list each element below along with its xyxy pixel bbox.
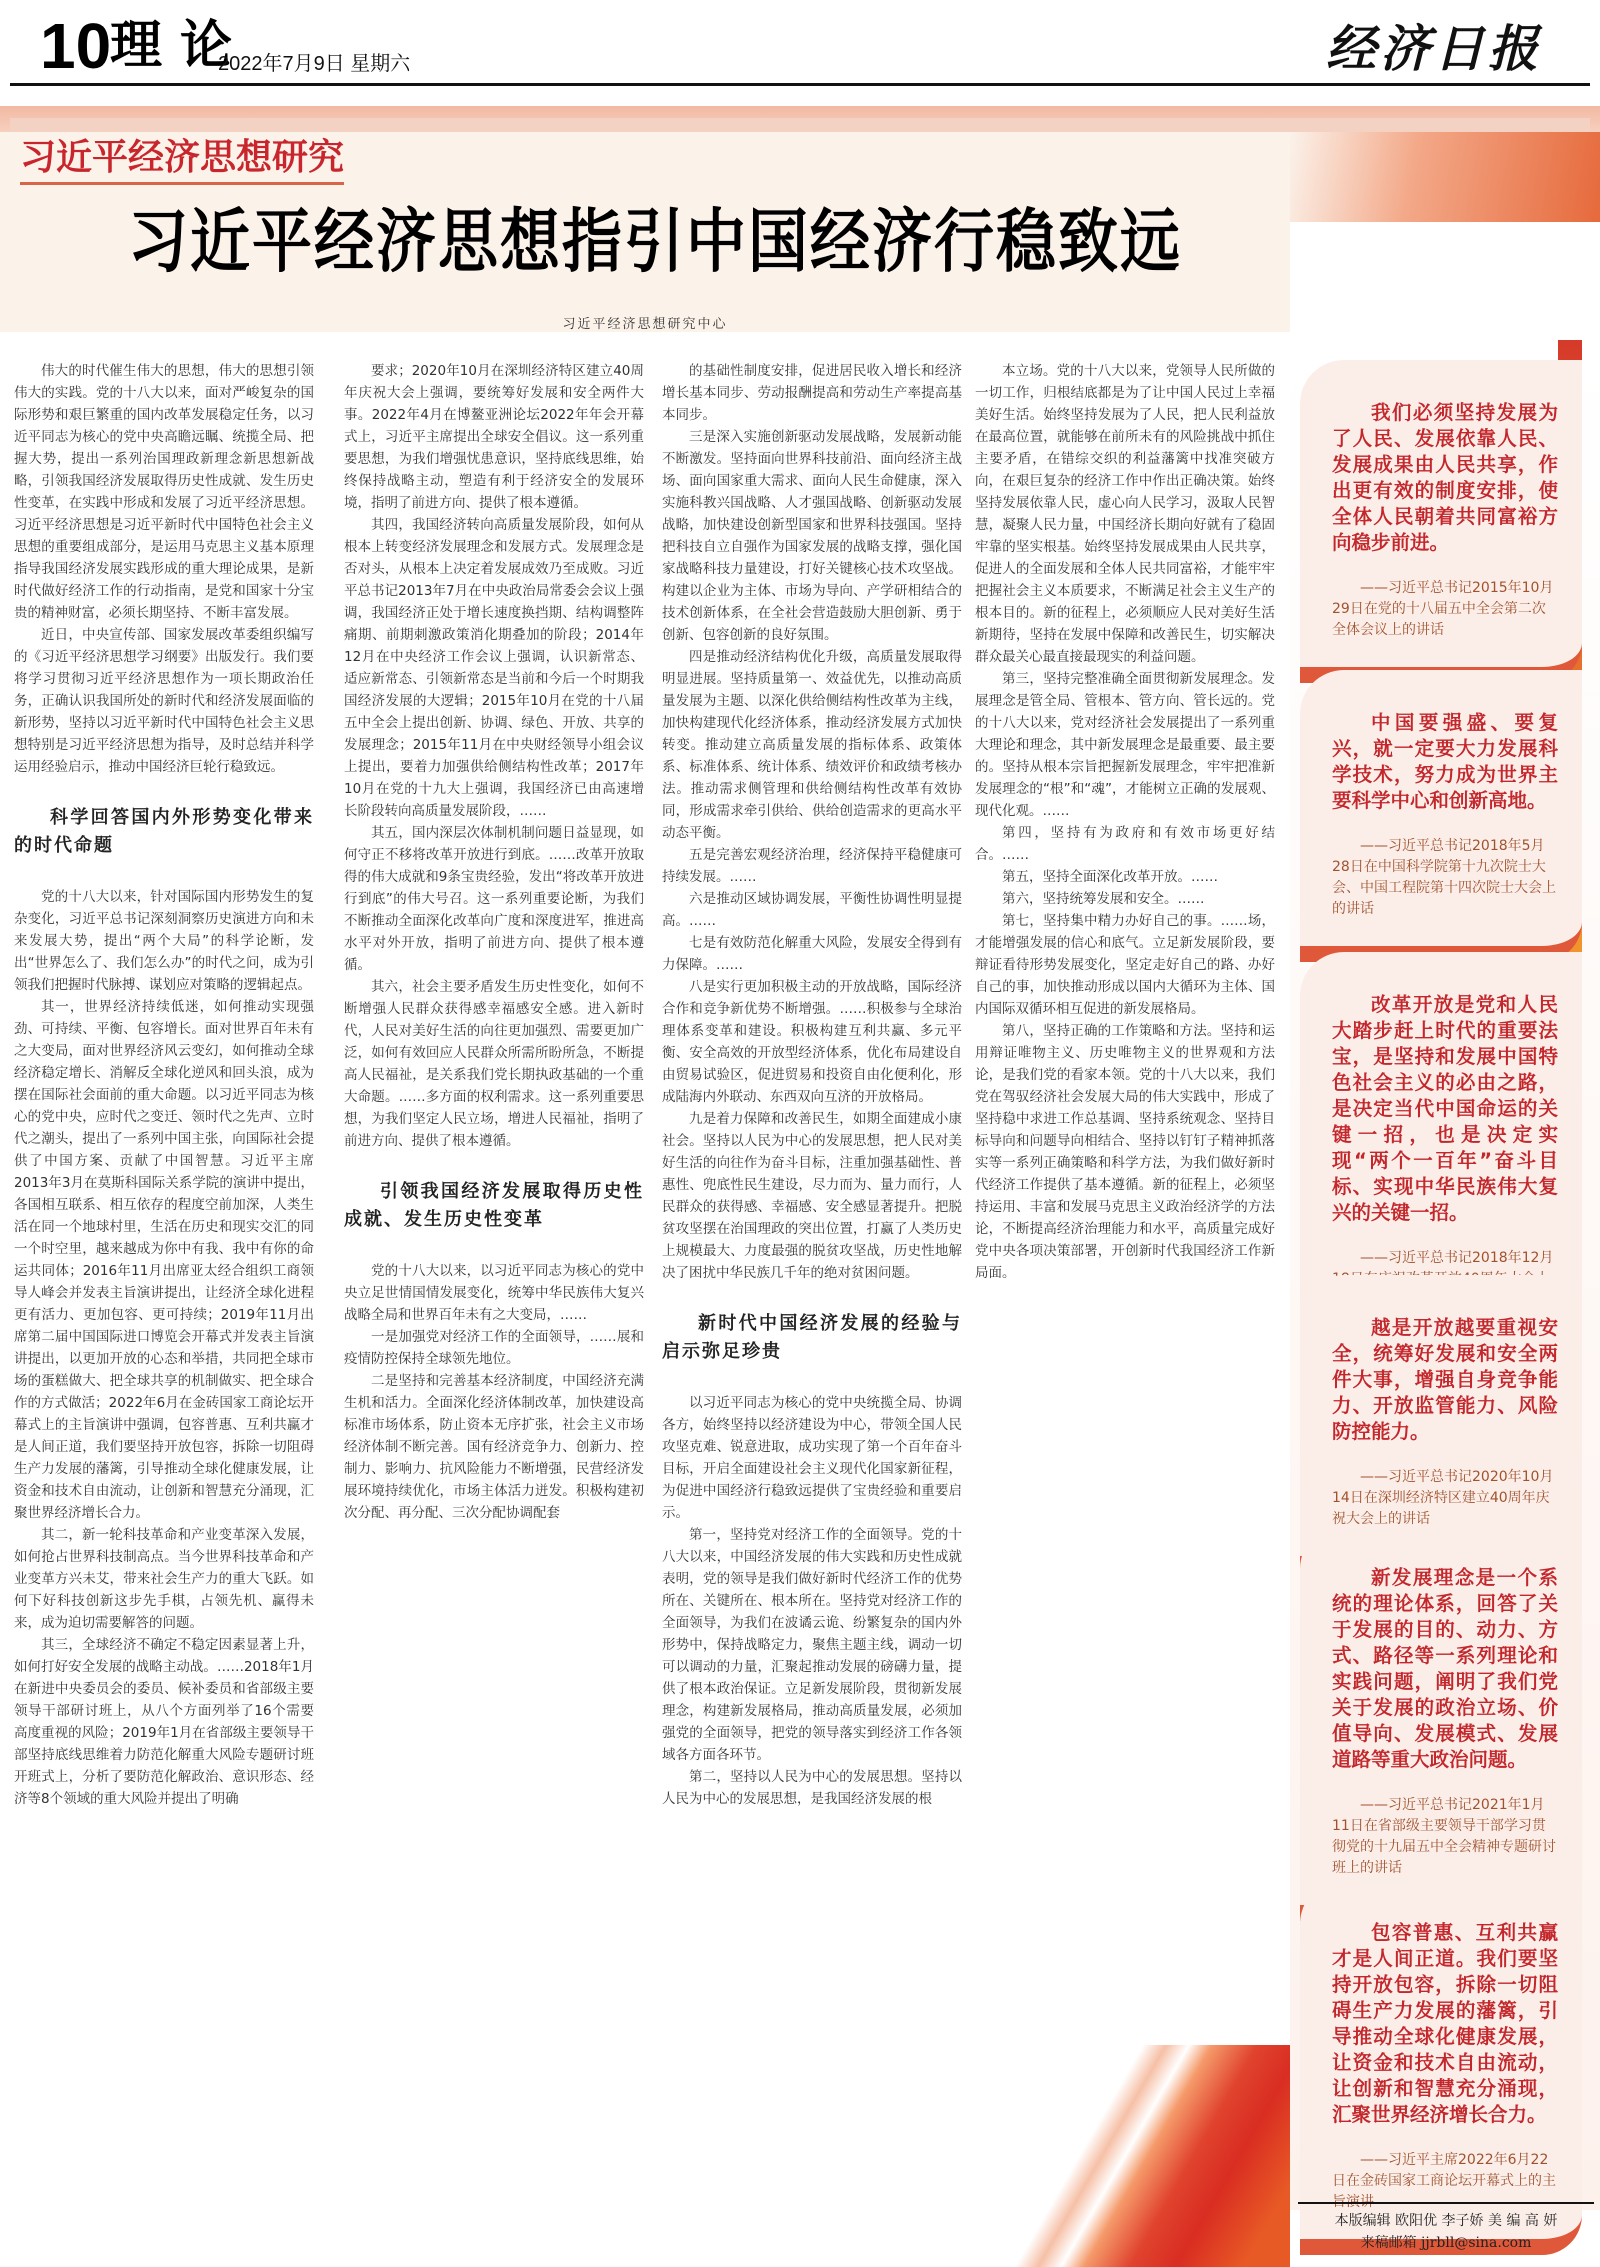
paragraph: 九是着力保障和改善民生，如期全面建成小康社会。坚持以人民为中心的发展思想，把人民… [662,1108,962,1284]
paragraph: 八是实行更加积极主动的开放战略，国际经济合作和竞争新优势不断增强。……积极参与全… [662,976,962,1108]
section-heading: 引领我国经济发展取得历史性成就、发生历史性变革 [344,1178,644,1234]
editors-line: 本版编辑 欧阳优 李子娇 美 编 高 妍 [1298,2210,1594,2232]
paragraph: 其三，全球经济不确定不稳定因素显著上升，如何打好安全发展的战略主动战。……201… [14,1634,314,1810]
paragraph: 伟大的时代催生伟大的思想，伟大的思想引领伟大的实践。党的十八大以来，面对严峻复杂… [14,360,314,624]
paragraph: 二是坚持和完善基本经济制度，中国经济充满生机和活力。全面深化经济体制改革，加快建… [344,1370,644,1524]
paragraph: 要求；2020年10月在深圳经济特区建立40周年庆祝大会上强调，要统筹好发展和安… [344,360,644,514]
quote-text: 越是开放越要重视安全，统筹好发展和安全两件大事，增强自身竞争能力、开放监管能力、… [1332,1315,1558,1445]
quote-card: 我们必须坚持发展为了人民、发展依靠人民、发展成果由人民共享，作出更有效的制度安排… [1300,360,1582,683]
quote-card: 中国要强盛、要复兴，就一定要大力发展科学技术，努力成为世界主要科学中心和创新高地… [1300,670,1582,962]
paragraph: 一是加强党对经济工作的全面领导，……展和疫情防控保持全球领先地位。 [344,1326,644,1370]
article-byline: 习近平经济思想研究中心 [0,318,1290,331]
section-heading: 新时代中国经济发展的经验与启示弥足珍贵 [662,1310,962,1366]
paragraph: 本立场。党的十八大以来，党领导人民所做的一切工作，归根结底都是为了让中国人民过上… [975,360,1275,668]
column-kicker: 习近平经济思想研究 [20,140,344,185]
paragraph: 党的十八大以来，以习近平同志为核心的党中央立足世情国情发展变化，统筹中华民族伟大… [344,1260,644,1326]
paragraph: 第一，坚持党对经济工作的全面领导。党的十八大以来，中国经济发展的伟大实践和历史性… [662,1524,962,1766]
paragraph: 的基础性制度安排，促进居民收入增长和经济增长基本同步、劳动报酬提高和劳动生产率提… [662,360,962,426]
paragraph: 第五，坚持全面深化改革开放。…… [975,866,1275,888]
newspaper-masthead: 经济日报 [1326,24,1542,74]
article-headline: 习近平经济思想指引中国经济行稳致远 [30,208,1280,277]
paragraph: 其二，新一轮科技革命和产业变革深入发展，如何抢占世界科技制高点。当今世界科技革命… [14,1524,314,1634]
quote-text: 改革开放是党和人民大踏步赶上时代的重要法宝，是坚持和发展中国特色社会主义的必由之… [1332,992,1558,1226]
text-column-4: 本立场。党的十八大以来，党领导人民所做的一切工作，归根结底都是为了让中国人民过上… [975,360,1275,2240]
paragraph: 第二，坚持以人民为中心的发展思想。坚持以人民为中心的发展思想，是我国经济发展的根 [662,1766,962,1810]
section-heading: 科学回答国内外形势变化带来的时代命题 [14,804,314,860]
paragraph: 近日，中央宣传部、国家发展改革委组织编写的《习近平经济思想学习纲要》出版发行。我… [14,624,314,778]
quote-text: 新发展理念是一个系统的理论体系，回答了关于发展的目的、动力、方式、路径等一系列理… [1332,1565,1558,1773]
paragraph: 第六，坚持统筹发展和安全。…… [975,888,1275,910]
quote-source: ——习近平总书记2015年10月29日在党的十八届五中全会第二次全体会议上的讲话 [1332,578,1558,641]
quote-sidebar: 我们必须坚持发展为了人民、发展依靠人民、发展成果由人民共享，作出更有效的制度安排… [1290,340,1600,2210]
paragraph: 第三，坚持完整准确全面贯彻新发展理念。发展理念是管全局、管根本、管方向、管长远的… [975,668,1275,822]
quote-text: 包容普惠、互利共赢才是人间正道。我们要坚持开放包容，拆除一切阻碍生产力发展的藩篱… [1332,1920,1558,2128]
quote-source: ——习近平总书记2021年1月11日在省部级主要领导干部学习贯彻党的十九届五中全… [1332,1795,1558,1879]
submission-email[interactable]: 来稿邮箱 jjrbll@sina.com [1298,2232,1594,2254]
quote-card: 新发展理念是一个系统的理论体系，回答了关于发展的目的、动力、方式、路径等一系列理… [1300,1525,1582,1921]
text-column-1: 伟大的时代催生伟大的思想，伟大的思想引领伟大的实践。党的十八大以来，面对严峻复杂… [14,360,314,2240]
quote-text: 中国要强盛、要复兴，就一定要大力发展科学技术，努力成为世界主要科学中心和创新高地… [1332,710,1558,814]
page-header: 10 理论 2022年7月9日 星期六 经济日报 [10,0,1590,86]
quote-card: 包容普惠、互利共赢才是人间正道。我们要坚持开放包容，拆除一切阻碍生产力发展的藩篱… [1300,1880,1582,2255]
paragraph: 四是推动经济结构优化升级，高质量发展取得明显进展。坚持质量第一、效益优先，以推动… [662,646,962,844]
paragraph: 其六，社会主要矛盾发生历史性变化，如何不断增强人民群众获得感幸福感安全感。进入新… [344,976,644,1152]
paragraph: 党的十八大以来，针对国际国内形势发生的复杂变化，习近平总书记深刻洞察历史演进方向… [14,886,314,996]
paragraph: 以习近平同志为核心的党中央统揽全局、协调各方，始终坚持以经济建设为中心，带领全国… [662,1392,962,1524]
paragraph: 五是完善宏观经济治理，经济保持平稳健康可持续发展。…… [662,844,962,888]
paragraph: 第八，坚持正确的工作策略和方法。坚持和运用辩证唯物主义、历史唯物主义的世界观和方… [975,1020,1275,1284]
quote-source: ——习近平总书记2018年5月28日在中国科学院第十九次院士大会、中国工程院第十… [1332,836,1558,920]
paragraph: 六是推动区域协调发展，平衡性协调性明显提高。…… [662,888,962,932]
paragraph: 其五，国内深层次体制机制问题日益显现，如何守正不移将改革开放进行到底。……改革开… [344,822,644,976]
paragraph: 第七，坚持集中精力办好自己的事。……场，才能增强发展的信心和底气。立足新发展阶段… [975,910,1275,1020]
page-number: 10 [40,14,111,78]
quote-source: ——习近平总书记2020年10月14日在深圳经济特区建立40周年庆祝大会上的讲话 [1332,1467,1558,1530]
text-column-2: 要求；2020年10月在深圳经济特区建立40周年庆祝大会上强调，要统筹好发展和安… [344,360,644,2240]
quote-text: 我们必须坚持发展为了人民、发展依靠人民、发展成果由人民共享，作出更有效的制度安排… [1332,400,1558,556]
paragraph: 其四，我国经济转向高质量发展阶段，如何从根本上转变经济发展理念和发展方式。发展理… [344,514,644,822]
decorative-ribbon [960,2045,1290,2267]
paragraph: 七是有效防范化解重大风险，发展安全得到有力保障。…… [662,932,962,976]
paragraph: 三是深入实施创新驱动发展战略，发展新动能不断激发。坚持面向世界科技前沿、面向经济… [662,426,962,646]
text-column-3: 的基础性制度安排，促进居民收入增长和经济增长基本同步、劳动报酬提高和劳动生产率提… [662,360,962,2240]
editor-credits: 本版编辑 欧阳优 李子娇 美 编 高 妍 来稿邮箱 jjrbll@sina.co… [1298,2202,1594,2254]
paragraph: 第四，坚持有为政府和有效市场更好结合。…… [975,822,1275,866]
decorative-corner [1290,132,1600,222]
issue-date: 2022年7月9日 星期六 [218,54,410,74]
paragraph: 其一，世界经济持续低迷，如何推动实现强劲、可持续、平衡、包容增长。面对世界百年未… [14,996,314,1524]
